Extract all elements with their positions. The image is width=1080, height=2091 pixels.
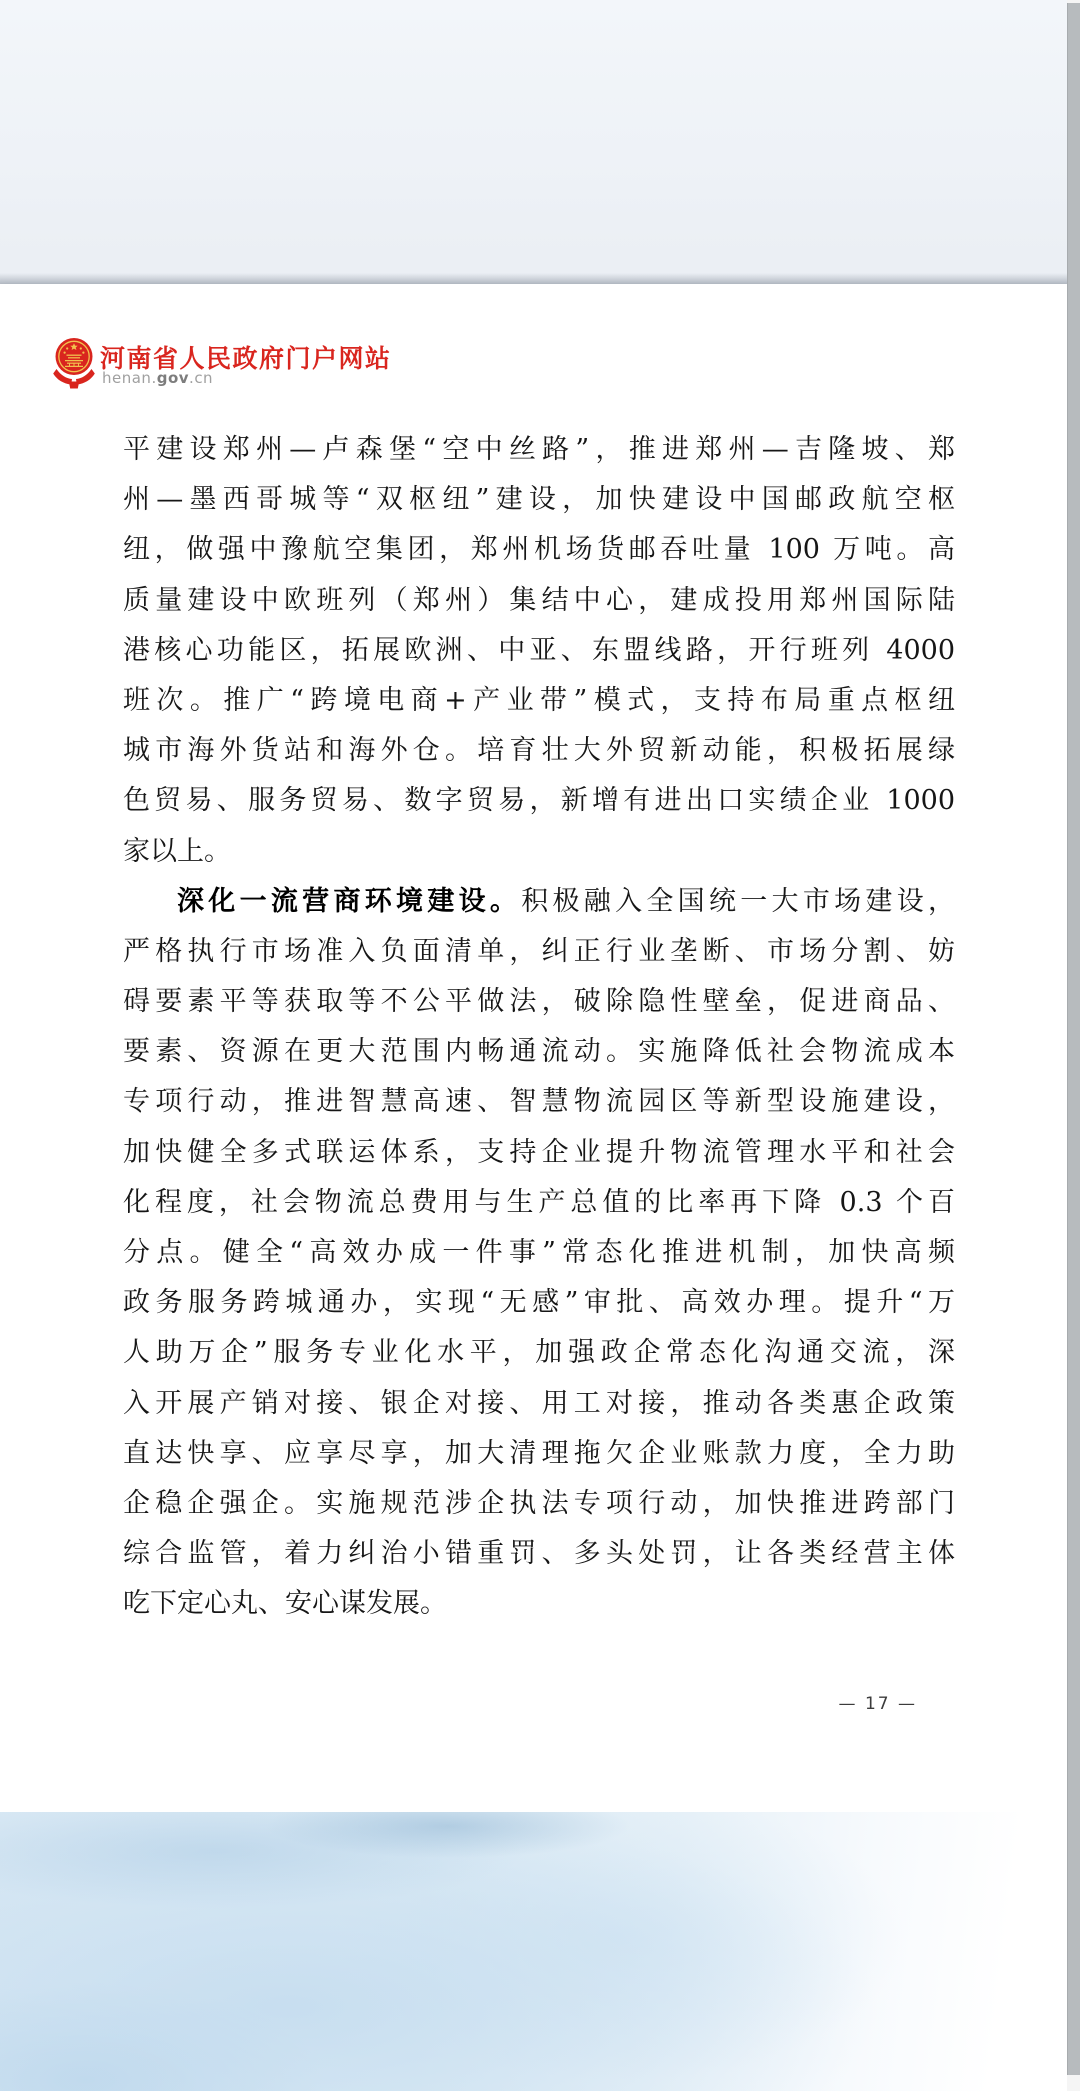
text-line: 平建设郑州—卢森堡“空中丝路”，推进郑州—吉隆坡、郑 — [123, 425, 955, 475]
text-line: 质量建设中欧班列（郑州）集结中心，建成投用郑州国际陆 — [123, 576, 955, 626]
text-line: 企稳企强企。实施规范涉企执法专项行动，加快推进跨部门 — [123, 1479, 955, 1529]
text-line: 政务服务跨城通办，实现“无感”审批、高效办理。提升“万 — [123, 1278, 955, 1328]
gov-emblem-icon — [52, 337, 96, 390]
scrollbar[interactable] — [1067, 0, 1080, 2091]
page-number: — 17 — — [839, 1694, 917, 1714]
domain-prefix: henan. — [102, 369, 157, 387]
text-line: 人助万企”服务专业化水平，加强政企常态化沟通交流，深 — [123, 1328, 955, 1378]
text-line: 要素、资源在更大范围内畅通流动。实施降低社会物流成本 — [123, 1027, 955, 1077]
text-line: 吃下定心丸、安心谋发展。 — [123, 1579, 955, 1629]
text-line: 直达快享、应享尽享，加大清理拖欠企业账款力度，全力助 — [123, 1429, 955, 1479]
text-line: 港核心功能区，拓展欧洲、中亚、东盟线路，开行班列 4000 — [123, 626, 955, 676]
text-line: 综合监管，着力纠治小错重罚、多头处罚，让各类经营主体 — [123, 1529, 955, 1579]
next-page-edge — [0, 1812, 1067, 2091]
text-line: 专项行动，推进智慧高速、智慧物流园区等新型设施建设， — [123, 1077, 955, 1127]
text-line: 碍要素平等获取等不公平做法，破除隐性壁垒，促进商品、 — [123, 977, 955, 1027]
report-page: 河南省人民政府门户网站 henan.gov.cn 平建设郑州—卢森堡“空中丝路”… — [0, 284, 1067, 1812]
text-line: 家以上。 — [123, 827, 955, 877]
text-line: 严格执行市场准入负面清单，纠正行业垄断、市场分割、妨 — [123, 927, 955, 977]
text-line: 入开展产销对接、银企对接、用工对接，推动各类惠企政策 — [123, 1379, 955, 1429]
text-line: 深化一流营商环境建设。积极融入全国统一大市场建设， — [123, 877, 955, 927]
report-body-text: 平建设郑州—卢森堡“空中丝路”，推进郑州—吉隆坡、郑州—墨西哥城等“双枢纽”建设… — [123, 425, 955, 1630]
paragraph-lead-bold: 深化一流营商环境建设。 — [177, 886, 521, 917]
text-line: 州—墨西哥城等“双枢纽”建设，加快建设中国邮政航空枢 — [123, 475, 955, 525]
text-line: 化程度，社会物流总费用与生产总值的比率再下降 0.3 个百 — [123, 1178, 955, 1228]
text-line: 班次。推广“跨境电商+产业带”模式，支持布局重点枢纽 — [123, 676, 955, 726]
text-line: 纽，做强中豫航空集团，郑州机场货邮吞吐量 100 万吨。高 — [123, 525, 955, 575]
document-viewer: 河南省人民政府门户网站 henan.gov.cn 平建设郑州—卢森堡“空中丝路”… — [0, 0, 1080, 2091]
text-line: 加快健全多式联运体系，支持企业提升物流管理水平和社会 — [123, 1128, 955, 1178]
scrollbar-thumb[interactable] — [1067, 3, 1080, 2075]
text-line: 色贸易、服务贸易、数字贸易，新增有进出口实绩企业 1000 — [123, 776, 955, 826]
site-domain: henan.gov.cn — [102, 369, 213, 387]
text-line: 城市海外货站和海外仓。培育壮大外贸新动能，积极拓展绿 — [123, 726, 955, 776]
domain-gov: gov — [157, 369, 189, 387]
domain-suffix: .cn — [189, 369, 213, 387]
previous-page-edge — [0, 0, 1067, 284]
text-line: 分点。健全“高效办成一件事”常态化推进机制，加快高频 — [123, 1228, 955, 1278]
